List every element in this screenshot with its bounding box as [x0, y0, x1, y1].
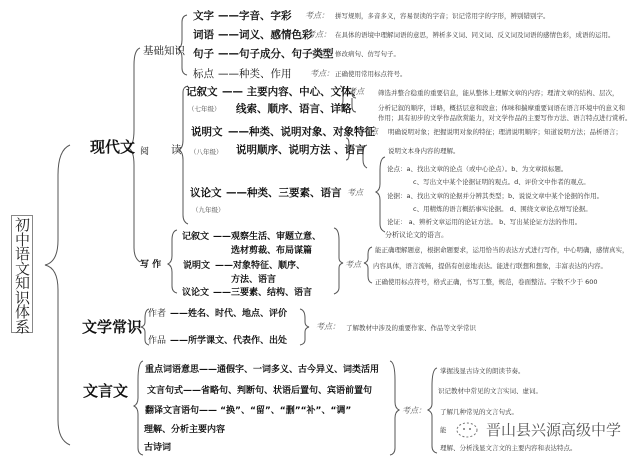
line1: ——种类、说明对象、对象特征 [228, 124, 375, 139]
line1: ——观察生活、审题立意、 [213, 229, 321, 242]
classical-kaodian-label: 考点： [402, 405, 426, 416]
root-label: 初中语文知识体系 [15, 218, 29, 334]
kaodian-line: 论据：a、找出文章的论据并分辨其类型；b、说说文章中某个论据的作用。 [387, 191, 603, 200]
writing-label: 写 作 [140, 257, 161, 270]
term: 记叙文 [186, 84, 218, 99]
kaodian-label: 考点： [305, 10, 329, 21]
line2: 选材剪裁、布局谋篇 [231, 243, 312, 256]
kaodian-label: 考点 [362, 126, 378, 137]
watermark: 晋山县兴源高级中学 [455, 419, 621, 440]
literature-term-author: 作者 [148, 306, 166, 319]
branch-modern-text: 现代文 [90, 136, 135, 157]
detail: ——字音、字彩 [218, 8, 292, 23]
kaodian-line: 筛选并整合稳重的重要信息，能从整体上理解文章的内容；理清文章的结构、层次， [378, 88, 619, 97]
kaodian-line: 明确说明对象；把握说明对象的特征；理清说明顺序；知道说明方法；品析语言； [388, 127, 622, 136]
classical-item: 重点词语意思——通假字、一词多义、古今异义、词类活用 [145, 362, 379, 375]
term: 文字 [193, 8, 214, 23]
literature-kaodian-label: 考点： [316, 321, 340, 332]
line1: —— 主要内容、中心、文体、 [222, 84, 362, 99]
root-node: 初中语文知识体系 [11, 215, 33, 333]
kaodian-line: c、写出文中某个论据证明的观点。d、评价文中作者的观点。 [413, 177, 590, 186]
kaodian-line: 作用；具有初步的文学作品欣赏能力，对文学作品的主要写作方法、语言特点进行赏析。 [378, 113, 632, 122]
literature-detail-author: ——姓名、时代、地点、评价 [170, 306, 287, 319]
literature-kaodian: 了解教材中涉及的重要作家、作品等文学常识 [346, 323, 476, 332]
line1: ——种类、三要素、语言 [226, 185, 342, 200]
line1: ——对象特征、顺序、 [215, 258, 305, 271]
classical-kaodian-line: 能 [440, 425, 447, 434]
classical-item: 古诗词 [144, 440, 171, 453]
kaodian-line: 论点：a、找出文章的论点（或中心论点）。b、为文章拟标题。 [387, 164, 567, 173]
classical-item: 文言句式——省略句、判断句、状语后置句、宾语前置句 [147, 383, 372, 396]
kaodian-label: 考点： [310, 68, 334, 79]
branch-literature: 文学常识 [82, 316, 142, 337]
term: 说明文 [191, 124, 223, 139]
classical-kaodian-line: 识记教材中常见的文言实词、虚词。 [438, 386, 542, 395]
term: 议论文 [190, 185, 222, 200]
kaodian-text: 在具体的语境中理解词语的意思，辨析多义词、同义词、反义词及词语的感情色彩，成语的… [335, 30, 615, 39]
reading-label-1: 阅 [140, 144, 149, 157]
term: 词语 [193, 27, 214, 42]
literature-term-work: 作品 [148, 333, 166, 346]
kaodian-text: 拼写规则，多音多义，容易误读的字音；识记常用字的字形，辨别错别字。 [335, 11, 550, 20]
literature-detail-work: ——所学课文、代表作、出处 [170, 333, 287, 346]
classical-kaodian-line: 理解、分析浅显文言文的主要内容和表达特点。 [440, 443, 577, 452]
term: 句子 [193, 46, 214, 61]
kaodian-line: 分析记叙的顺序，详略，概括层意和段意；体味和揣摩重要词语在语言环境中的意义和 [378, 103, 625, 112]
writing-kaodian-line: 内容具体，语言流畅，提倡有创意地表达。能进行联想和想象，丰富表达的内容。 [373, 261, 607, 270]
term: 说明文 [183, 258, 210, 271]
line2: 方法、语言 [231, 272, 276, 285]
detail: ——词义、感情色彩 [218, 27, 313, 42]
writing-kaodian-label: 考点 [345, 259, 361, 270]
reading-label-2: 读 [171, 142, 182, 157]
kaodian-line: 分析议论文的语言。 [385, 230, 448, 240]
kaodian-text: 修改病句、仿写句子。 [335, 49, 400, 58]
classical-item: 翻译文言语句—— “换”、“留”、“删”“补”、“调” [145, 403, 351, 416]
term: 标点 [193, 66, 214, 81]
kaodian-line: 说明文本身内容的理解。 [388, 146, 460, 155]
kaodian-label: 考点： [310, 48, 334, 59]
grade: （八年级） [190, 147, 223, 156]
writing-kaodian-line: 正确使用标点符号，格式正确，书写工整，规范，卷面整洁。字数不少于 600 [375, 277, 597, 286]
kaodian-label: 考点 [348, 86, 364, 97]
classical-kaodian-line: 掌握浅显古诗文的朗读节奏。 [440, 366, 525, 375]
classical-item: 理解、分析主要内容 [144, 422, 225, 435]
line2: 说明顺序、说明方法 、语言 [236, 142, 366, 157]
branch-classical: 文言文 [83, 380, 128, 401]
kaodian-line: 论证： a、辨析文章运用的论证方法。 b、写出某论证方法的作用。 [387, 217, 581, 226]
wechat-logo-icon [455, 420, 483, 440]
basics-label: 基础知识 [143, 43, 185, 58]
detail: ——种类、作用 [218, 66, 292, 81]
term: 记叙文 [182, 229, 209, 242]
grade: （九年级） [192, 205, 225, 214]
writing-kaodian-line: 能正确理解题意，根据命题要求，运用恰当的表达方式进行写作，中心明确，感情真实， [375, 245, 629, 254]
kaodian-line: c、用精炼的语言概括事实论据。 d、围绕文章论点增写论据。 [413, 204, 592, 213]
classical-kaodian-line: 了解几种常见的文言句式。 [440, 407, 518, 416]
kaodian-label: 考点 [347, 187, 363, 198]
kaodian-label: 考点： [307, 29, 331, 40]
line1: ——三要素、结构、语言 [213, 285, 312, 298]
grade: （七年级） [188, 104, 221, 113]
kaodian-text: 正确使用常用标点符号。 [335, 69, 407, 78]
line2: 线索、顺序、语言、详略 [236, 101, 352, 116]
watermark-text: 晋山县兴源高级中学 [486, 419, 621, 440]
term: 议论文 [182, 285, 209, 298]
